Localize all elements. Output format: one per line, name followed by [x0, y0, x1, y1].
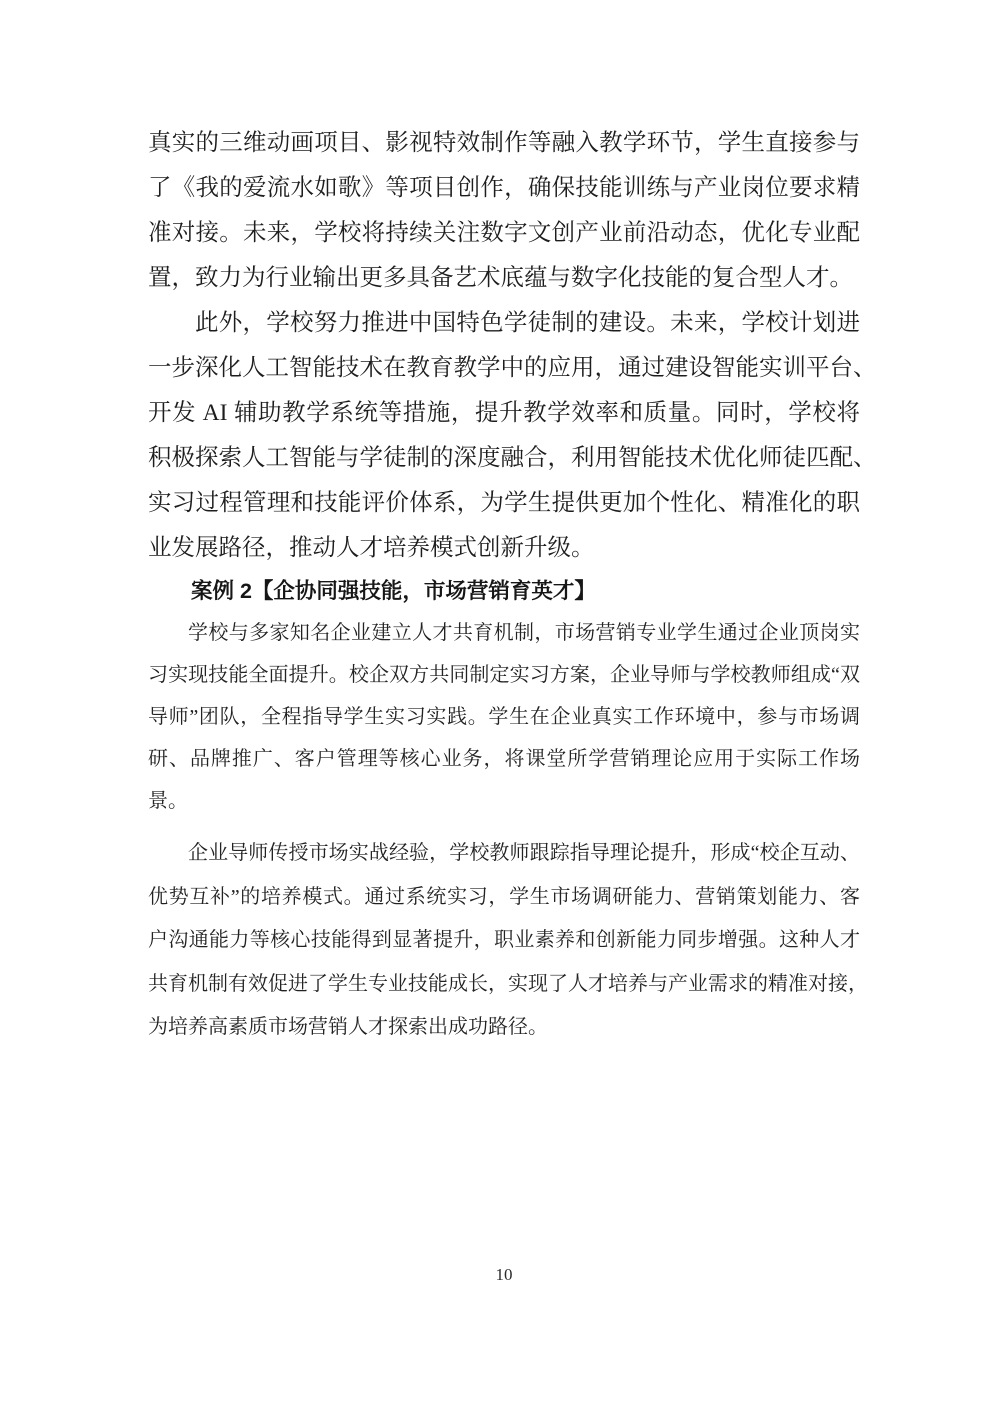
case-paragraph-mechanism: 学校与多家知名企业建立人才共育机制，市场营销专业学生通过企业顶岗实 习实现技能全… [148, 612, 860, 822]
text-line: 置，致力为行业输出更多具备艺术底蕴与数字化技能的复合型人才。 [148, 256, 860, 301]
text-line: 习实现技能全面提升。校企双方共同制定实习方案，企业导师与学校教师组成“双 [148, 654, 860, 696]
text-line: 共育机制有效促进了学生专业技能成长，实现了人才培养与产业需求的精准对接， [148, 963, 860, 1007]
paragraph-digital-media: 真实的三维动画项目、影视特效制作等融入教学环节，学生直接参与 了《我的爱流水如歌… [148, 121, 860, 301]
text-line: 优势互补”的培养模式。通过系统实习，学生市场调研能力、营销策划能力、客 [148, 876, 860, 920]
paragraph-apprenticeship-ai: 此外，学校努力推进中国特色学徒制的建设。未来，学校计划进 一步深化人工智能技术在… [148, 301, 860, 571]
document-page: 真实的三维动画项目、影视特效制作等融入教学环节，学生直接参与 了《我的爱流水如歌… [0, 0, 1000, 1414]
text-line: 实习过程管理和技能评价体系，为学生提供更加个性化、精准化的职 [148, 481, 860, 526]
case-2-heading: 案例 2【企协同强技能，市场营销育英才】 [148, 574, 860, 608]
page-number: 10 [148, 1264, 860, 1286]
text-line: 一步深化人工智能技术在教育教学中的应用，通过建设智能实训平台、 [148, 346, 860, 391]
text-line: 准对接。未来，学校将持续关注数字文创产业前沿动态，优化专业配 [148, 211, 860, 256]
text-line: 研、品牌推广、客户管理等核心业务，将课堂所学营销理论应用于实际工作场景。 [148, 738, 860, 822]
text-line: 为培养高素质市场营销人才探索出成功路径。 [148, 1006, 860, 1050]
text-line: 学校与多家知名企业建立人才共育机制，市场营销专业学生通过企业顶岗实 [148, 612, 860, 654]
text-line: 了《我的爱流水如歌》等项目创作，确保技能训练与产业岗位要求精 [148, 166, 860, 211]
text-line: 积极探索人工智能与学徒制的深度融合，利用智能技术优化师徒匹配、 [148, 436, 860, 481]
case-paragraph-results: 企业导师传授市场实战经验，学校教师跟踪指导理论提升，形成“校企互动、 优势互补”… [148, 832, 860, 1050]
text-line: 真实的三维动画项目、影视特效制作等融入教学环节，学生直接参与 [148, 121, 860, 166]
text-line: 业发展路径，推动人才培养模式创新升级。 [148, 526, 860, 571]
text-line: 户沟通能力等核心技能得到显著提升，职业素养和创新能力同步增强。这种人才 [148, 919, 860, 963]
page-body: 真实的三维动画项目、影视特效制作等融入教学环节，学生直接参与 了《我的爱流水如歌… [148, 121, 860, 1050]
text-line: 此外，学校努力推进中国特色学徒制的建设。未来，学校计划进 [148, 301, 860, 346]
text-line: 导师”团队，全程指导学生实习实践。学生在企业真实工作环境中，参与市场调 [148, 696, 860, 738]
text-line: 开发 AI 辅助教学系统等措施，提升教学效率和质量。同时，学校将 [148, 391, 860, 436]
text-line: 企业导师传授市场实战经验，学校教师跟踪指导理论提升，形成“校企互动、 [148, 832, 860, 876]
